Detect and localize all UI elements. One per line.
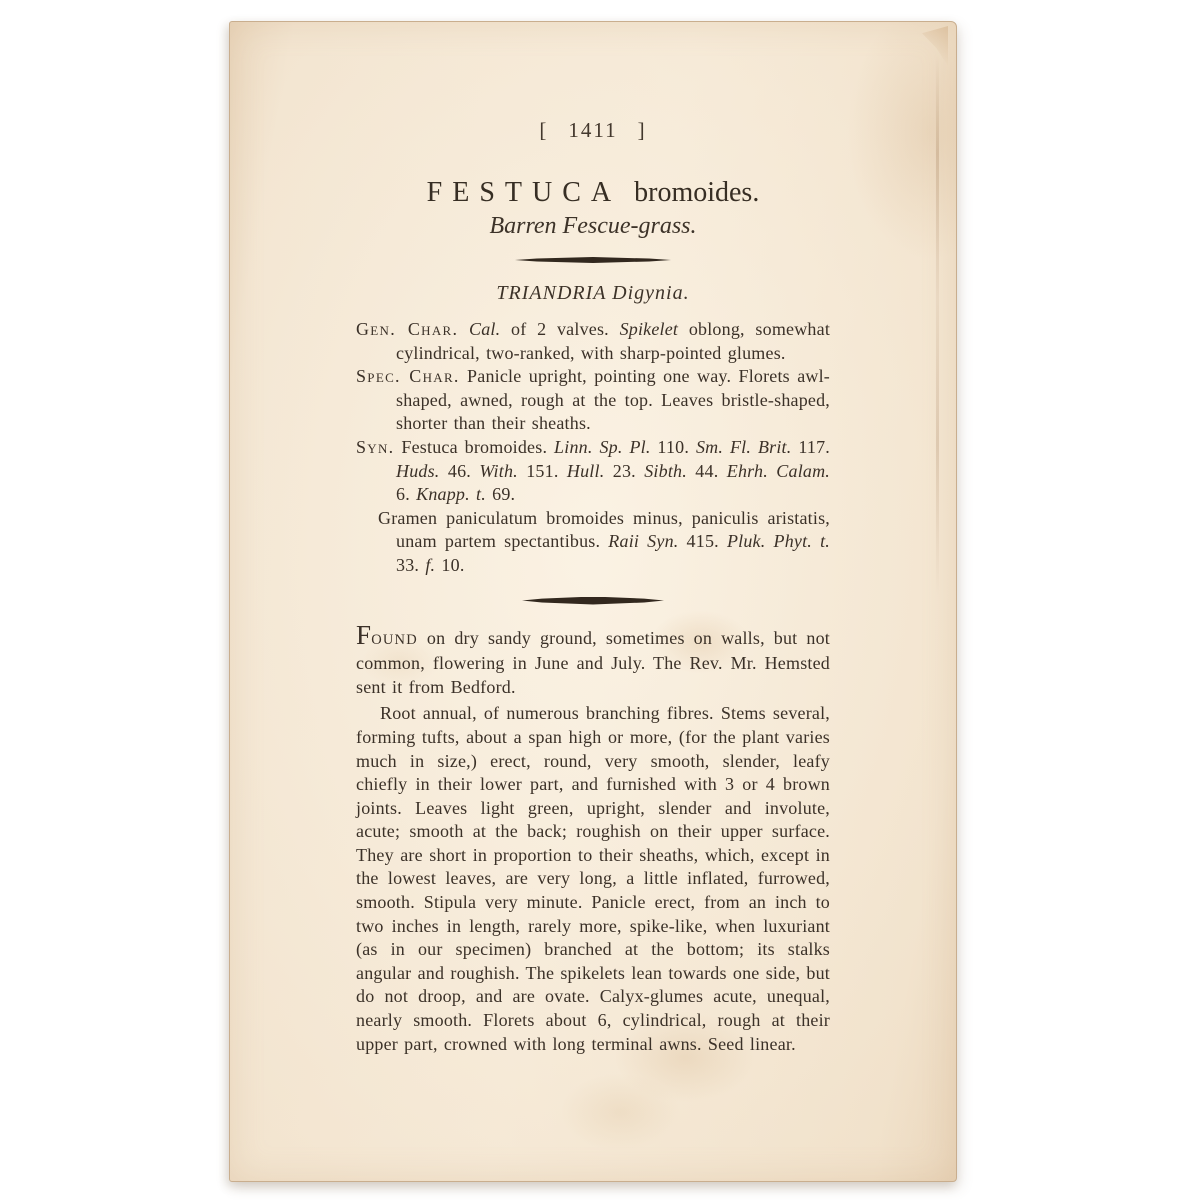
page-corner-fold xyxy=(922,26,948,66)
book-page: [1411] FESTUCA bromoides. Barren Fescue-… xyxy=(229,21,957,1182)
gen-char-paragraph: Gen. Char. Cal. of 2 valves. Spikelet ob… xyxy=(356,318,830,365)
classification-line: TRIANDRIA Digynia. xyxy=(356,282,830,305)
spec-char-paragraph: Spec. Char. Panicle upright, pointing on… xyxy=(356,365,830,436)
habitat-paragraph: FOUND on dry sandy ground, sometimes on … xyxy=(356,625,830,700)
synonyms-paragraph: Syn. Festuca bromoides. Linn. Sp. Pl. 11… xyxy=(356,436,830,507)
page-number: 1411 xyxy=(568,118,617,142)
section-divider-top xyxy=(515,257,671,263)
text-column: Gen. Char. Cal. of 2 valves. Spikelet ob… xyxy=(356,318,830,1056)
section-divider-middle xyxy=(522,597,664,605)
species-title: FESTUCA bromoides. xyxy=(356,177,830,209)
bracket-left: [ xyxy=(519,118,568,142)
genus-name: FESTUCA xyxy=(427,177,621,208)
page-number-row: [1411] xyxy=(356,118,830,143)
common-name: Barren Fescue-grass. xyxy=(356,213,830,240)
description-paragraph: Root annual, of numerous branching fibre… xyxy=(356,702,830,1056)
bracket-right: ] xyxy=(618,118,667,142)
species-epithet: bromoides. xyxy=(634,177,759,208)
synonyms-latin-paragraph: Gramen paniculatum bromoides minus, pani… xyxy=(356,507,830,578)
scan-background: [1411] FESTUCA bromoides. Barren Fescue-… xyxy=(0,0,1200,1200)
